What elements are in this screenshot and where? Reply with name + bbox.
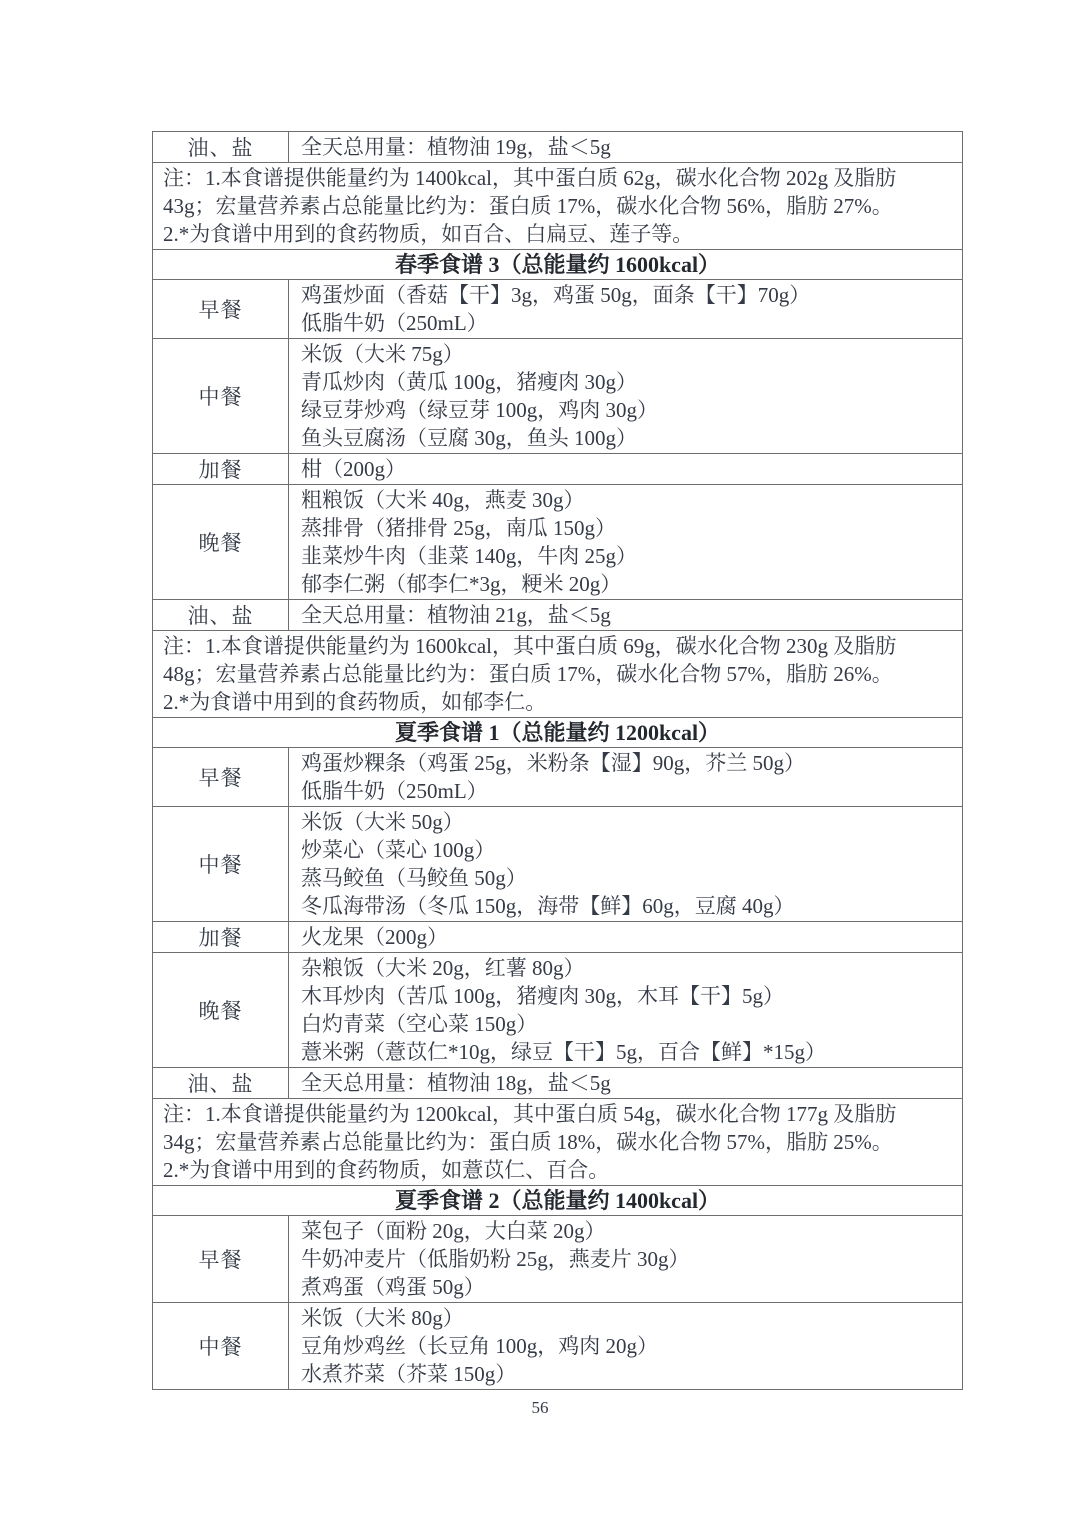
dish-line: 鸡蛋炒面（香菇【干】3g，鸡蛋 50g，面条【干】70g） [301, 281, 956, 309]
meal-row: 早餐鸡蛋炒粿条（鸡蛋 25g，米粉条【湿】90g，芥兰 50g）低脂牛奶（250… [153, 748, 962, 807]
dish-line: 低脂牛奶（250mL） [301, 777, 956, 805]
meal-dishes: 全天总用量：植物油 19g，盐＜5g [289, 132, 962, 162]
section-header: 夏季食谱 1（总能量约 1200kcal） [153, 718, 962, 748]
note-line: 2.*为食谱中用到的食药物质，如百合、白扁豆、莲子等。 [163, 220, 956, 248]
meal-row: 晚餐粗粮饭（大米 40g，燕麦 30g）蒸排骨（猪排骨 25g，南瓜 150g）… [153, 485, 962, 600]
dish-line: 水煮芥菜（芥菜 150g） [301, 1360, 956, 1388]
section-header: 春季食谱 3（总能量约 1600kcal） [153, 250, 962, 280]
dish-line: 牛奶冲麦片（低脂奶粉 25g，燕麦片 30g） [301, 1245, 956, 1273]
meal-dishes: 米饭（大米 80g）豆角炒鸡丝（长豆角 100g，鸡肉 20g）水煮芥菜（芥菜 … [289, 1303, 962, 1389]
meal-dishes: 杂粮饭（大米 20g，红薯 80g）木耳炒肉（苦瓜 100g，猪瘦肉 30g，木… [289, 953, 962, 1067]
meal-row: 中餐米饭（大米 50g）炒菜心（菜心 100g）蒸马鲛鱼（马鲛鱼 50g）冬瓜海… [153, 807, 962, 922]
meal-label: 中餐 [153, 807, 289, 921]
meal-row: 中餐米饭（大米 75g）青瓜炒肉（黄瓜 100g，猪瘦肉 30g）绿豆芽炒鸡（绿… [153, 339, 962, 454]
dish-line: 木耳炒肉（苦瓜 100g，猪瘦肉 30g，木耳【干】5g） [301, 982, 956, 1010]
dish-line: 米饭（大米 75g） [301, 340, 956, 368]
dish-line: 全天总用量：植物油 19g，盐＜5g [301, 133, 956, 161]
dish-line: 蒸马鲛鱼（马鲛鱼 50g） [301, 864, 956, 892]
dish-line: 米饭（大米 50g） [301, 808, 956, 836]
note-line: 注：1.本食谱提供能量约为 1600kcal，其中蛋白质 69g，碳水化合物 2… [163, 632, 956, 660]
meal-row: 油、盐全天总用量：植物油 18g，盐＜5g [153, 1068, 962, 1099]
dish-line: 豆角炒鸡丝（长豆角 100g，鸡肉 20g） [301, 1332, 956, 1360]
dish-line: 炒菜心（菜心 100g） [301, 836, 956, 864]
note-line: 注：1.本食谱提供能量约为 1400kcal，其中蛋白质 62g，碳水化合物 2… [163, 164, 956, 192]
dish-line: 青瓜炒肉（黄瓜 100g，猪瘦肉 30g） [301, 368, 956, 396]
dish-line: 柑（200g） [301, 455, 956, 483]
dish-line: 郁李仁粥（郁李仁*3g，粳米 20g） [301, 570, 956, 598]
meal-dishes: 鸡蛋炒面（香菇【干】3g，鸡蛋 50g，面条【干】70g）低脂牛奶（250mL） [289, 280, 962, 338]
meal-dishes: 柑（200g） [289, 454, 962, 484]
meal-label: 早餐 [153, 748, 289, 806]
meal-label: 早餐 [153, 1216, 289, 1302]
meal-label: 油、盐 [153, 1068, 289, 1098]
page-number: 56 [0, 1398, 1080, 1418]
dish-line: 低脂牛奶（250mL） [301, 309, 956, 337]
meal-dishes: 鸡蛋炒粿条（鸡蛋 25g，米粉条【湿】90g，芥兰 50g）低脂牛奶（250mL… [289, 748, 962, 806]
dish-line: 杂粮饭（大米 20g，红薯 80g） [301, 954, 956, 982]
dish-line: 鱼头豆腐汤（豆腐 30g，鱼头 100g） [301, 424, 956, 452]
dish-line: 绿豆芽炒鸡（绿豆芽 100g，鸡肉 30g） [301, 396, 956, 424]
dish-line: 米饭（大米 80g） [301, 1304, 956, 1332]
dish-line: 粗粮饭（大米 40g，燕麦 30g） [301, 486, 956, 514]
meal-row: 早餐鸡蛋炒面（香菇【干】3g，鸡蛋 50g，面条【干】70g）低脂牛奶（250m… [153, 280, 962, 339]
dish-line: 冬瓜海带汤（冬瓜 150g，海带【鲜】60g，豆腐 40g） [301, 892, 956, 920]
note-row: 注：1.本食谱提供能量约为 1400kcal，其中蛋白质 62g，碳水化合物 2… [153, 163, 962, 250]
meal-row: 早餐菜包子（面粉 20g，大白菜 20g）牛奶冲麦片（低脂奶粉 25g，燕麦片 … [153, 1216, 962, 1303]
meal-dishes: 米饭（大米 75g）青瓜炒肉（黄瓜 100g，猪瘦肉 30g）绿豆芽炒鸡（绿豆芽… [289, 339, 962, 453]
note-row: 注：1.本食谱提供能量约为 1600kcal，其中蛋白质 69g，碳水化合物 2… [153, 631, 962, 718]
meal-label: 加餐 [153, 922, 289, 952]
meal-row: 晚餐杂粮饭（大米 20g，红薯 80g）木耳炒肉（苦瓜 100g，猪瘦肉 30g… [153, 953, 962, 1068]
dish-line: 薏米粥（薏苡仁*10g，绿豆【干】5g，百合【鲜】*15g） [301, 1038, 956, 1066]
meal-dishes: 粗粮饭（大米 40g，燕麦 30g）蒸排骨（猪排骨 25g，南瓜 150g）韭菜… [289, 485, 962, 599]
dish-line: 全天总用量：植物油 18g，盐＜5g [301, 1069, 956, 1097]
meal-dishes: 全天总用量：植物油 21g，盐＜5g [289, 600, 962, 630]
meal-row: 油、盐全天总用量：植物油 21g，盐＜5g [153, 600, 962, 631]
document-page: 油、盐全天总用量：植物油 19g，盐＜5g注：1.本食谱提供能量约为 1400k… [0, 0, 1080, 1527]
meal-dishes: 米饭（大米 50g）炒菜心（菜心 100g）蒸马鲛鱼（马鲛鱼 50g）冬瓜海带汤… [289, 807, 962, 921]
meal-label: 油、盐 [153, 132, 289, 162]
note-line: 48g；宏量营养素占总能量比约为：蛋白质 17%，碳水化合物 57%，脂肪 26… [163, 660, 956, 688]
meal-label: 晚餐 [153, 485, 289, 599]
note-line: 43g；宏量营养素占总能量比约为：蛋白质 17%，碳水化合物 56%，脂肪 27… [163, 192, 956, 220]
meal-dishes: 全天总用量：植物油 18g，盐＜5g [289, 1068, 962, 1098]
dish-line: 全天总用量：植物油 21g，盐＜5g [301, 601, 956, 629]
meal-dishes: 菜包子（面粉 20g，大白菜 20g）牛奶冲麦片（低脂奶粉 25g，燕麦片 30… [289, 1216, 962, 1302]
note-line: 2.*为食谱中用到的食药物质，如郁李仁。 [163, 688, 956, 716]
section-header: 夏季食谱 2（总能量约 1400kcal） [153, 1186, 962, 1216]
dish-line: 菜包子（面粉 20g，大白菜 20g） [301, 1217, 956, 1245]
meal-label: 晚餐 [153, 953, 289, 1067]
dish-line: 韭菜炒牛肉（韭菜 140g，牛肉 25g） [301, 542, 956, 570]
meal-label: 油、盐 [153, 600, 289, 630]
dish-line: 鸡蛋炒粿条（鸡蛋 25g，米粉条【湿】90g，芥兰 50g） [301, 749, 956, 777]
dish-line: 蒸排骨（猪排骨 25g，南瓜 150g） [301, 514, 956, 542]
meal-dishes: 火龙果（200g） [289, 922, 962, 952]
note-line: 注：1.本食谱提供能量约为 1200kcal，其中蛋白质 54g，碳水化合物 1… [163, 1100, 956, 1128]
dish-line: 白灼青菜（空心菜 150g） [301, 1010, 956, 1038]
note-row: 注：1.本食谱提供能量约为 1200kcal，其中蛋白质 54g，碳水化合物 1… [153, 1099, 962, 1186]
meal-row: 加餐火龙果（200g） [153, 922, 962, 953]
dish-line: 煮鸡蛋（鸡蛋 50g） [301, 1273, 956, 1301]
meal-label: 早餐 [153, 280, 289, 338]
meal-row: 加餐柑（200g） [153, 454, 962, 485]
meal-label: 中餐 [153, 1303, 289, 1389]
diet-table: 油、盐全天总用量：植物油 19g，盐＜5g注：1.本食谱提供能量约为 1400k… [152, 131, 963, 1390]
meal-label: 中餐 [153, 339, 289, 453]
meal-row: 中餐米饭（大米 80g）豆角炒鸡丝（长豆角 100g，鸡肉 20g）水煮芥菜（芥… [153, 1303, 962, 1389]
meal-row: 油、盐全天总用量：植物油 19g，盐＜5g [153, 132, 962, 163]
meal-label: 加餐 [153, 454, 289, 484]
note-line: 34g；宏量营养素占总能量比约为：蛋白质 18%，碳水化合物 57%，脂肪 25… [163, 1128, 956, 1156]
note-line: 2.*为食谱中用到的食药物质，如薏苡仁、百合。 [163, 1156, 956, 1184]
dish-line: 火龙果（200g） [301, 923, 956, 951]
